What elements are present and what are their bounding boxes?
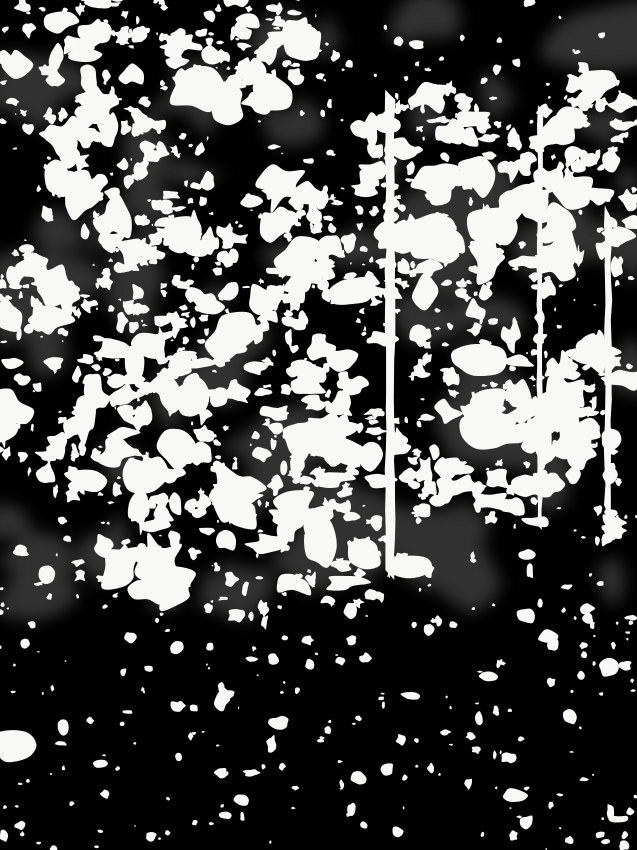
forest-photograph [0, 0, 637, 850]
